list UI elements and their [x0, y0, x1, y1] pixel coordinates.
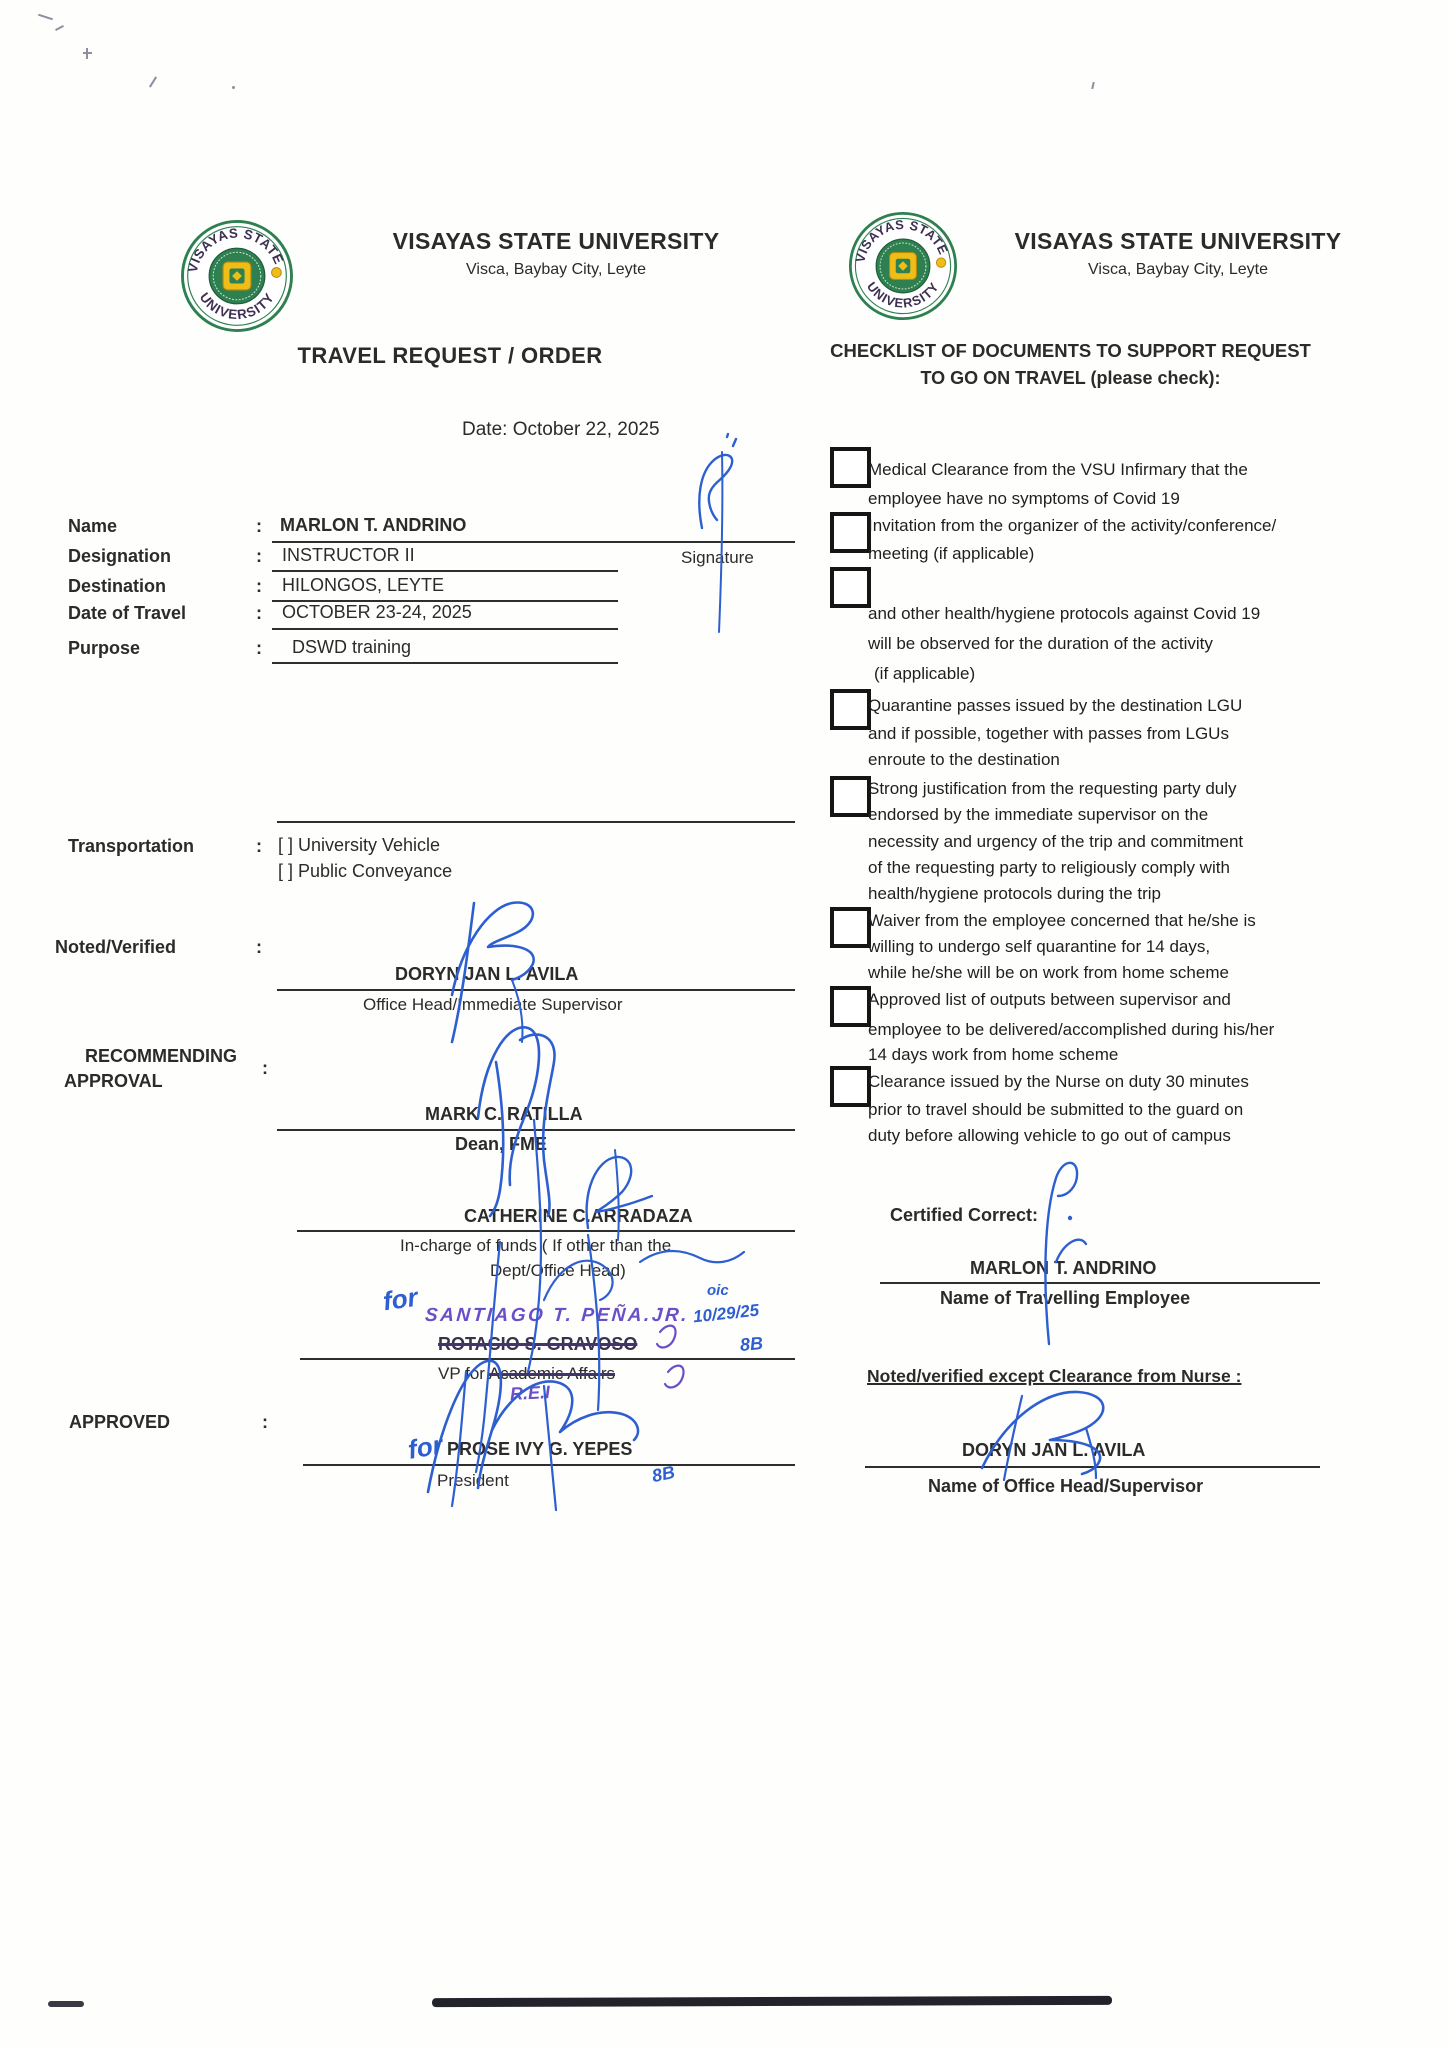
speck [232, 86, 235, 89]
vp-title-struck: Academic Affairs [489, 1364, 615, 1383]
colon: : [256, 546, 262, 567]
checklist-line: health/hygiene protocols during the trip [868, 884, 1161, 904]
signature-line [865, 1466, 1320, 1468]
checklist-line: (if applicable) [874, 664, 975, 684]
checklist-line: Clearance issued by the Nurse on duty 30… [868, 1072, 1249, 1092]
checklist-line: 14 days work from home scheme [868, 1045, 1118, 1065]
checklist-line: willing to undergo self quarantine for 1… [868, 937, 1210, 957]
checklist-line: Medical Clearance from the VSU Infirmary… [868, 460, 1248, 480]
funds-title-line1: In-charge of funds ( If other than the [400, 1236, 671, 1256]
checklist-line: employee to be delivered/accomplished du… [868, 1020, 1274, 1040]
checklist-line: and other health/hygiene protocols again… [868, 604, 1260, 624]
checklist-line: Quarantine passes issued by the destinat… [868, 696, 1242, 716]
handwritten-for: for [381, 1282, 420, 1318]
transportation-underline [277, 821, 795, 823]
noted-except-clearance-label: Noted/verified except Clearance from Nur… [867, 1366, 1241, 1387]
field-label-purpose: Purpose [68, 638, 140, 659]
president-name: PROSE IVY G. YEPES [447, 1439, 632, 1460]
travelling-employee-name: MARLON T. ANDRINO [970, 1258, 1156, 1279]
noted-verified-label: Noted/Verified [55, 937, 176, 958]
checklist-line: Waiver from the employee concerned that … [868, 911, 1256, 931]
field-value-designation: INSTRUCTOR II [282, 545, 415, 566]
field-underline [272, 570, 618, 572]
signature-line [300, 1358, 795, 1360]
signature-line [297, 1230, 795, 1232]
checklist-line: necessity and urgency of the trip and co… [868, 832, 1243, 852]
checklist-checkbox-2[interactable] [830, 512, 871, 553]
university-seal-logo: VISAYAS STATE UNIVERSITY [843, 210, 963, 322]
dean-name: MARK C. RATILLA [425, 1104, 583, 1125]
field-underline [272, 628, 618, 630]
field-value-purpose: DSWD training [292, 637, 411, 658]
colon: : [256, 937, 262, 958]
checklist-checkbox-5[interactable] [830, 776, 871, 817]
vp-title: VP for Academic Affairs [438, 1364, 615, 1384]
checklist-line: and if possible, together with passes fr… [868, 724, 1229, 744]
checklist-checkbox-6[interactable] [830, 907, 871, 948]
stamped-name-santiago-pena: SANTIAGO T. PEÑA.JR. [424, 1305, 689, 1327]
recommending-label-line1: RECOMMENDING [85, 1046, 237, 1067]
university-seal-logo: VISAYAS STATE UNIVERSITY [175, 218, 299, 334]
signature-line [880, 1282, 1320, 1284]
field-value-destination: HILONGOS, LEYTE [282, 575, 444, 596]
scan-edge-bar [432, 1996, 1112, 2007]
checklist-line: Strong justification from the requesting… [868, 779, 1237, 799]
checklist-checkbox-1[interactable] [830, 447, 871, 488]
pencil-mark [83, 52, 92, 54]
field-value-date-of-travel: OCTOBER 23-24, 2025 [282, 602, 472, 623]
signature-line [277, 989, 795, 991]
violet-mark-ink [657, 1326, 684, 1388]
left-university-address: Visca, Baybay City, Leyte [360, 261, 752, 279]
handwritten-for: for [406, 1429, 446, 1466]
pencil-mark [55, 25, 64, 31]
funds-title-line2: Dept/Office Head) [490, 1261, 626, 1281]
checklist-checkbox-3[interactable] [830, 567, 871, 608]
recommending-label-line2: APPROVAL [64, 1071, 163, 1092]
checklist-line: Invitation from the organizer of the act… [868, 516, 1276, 536]
vp-name-struck: ROTACIO S. GRAVOSO [438, 1334, 637, 1355]
colon: : [256, 638, 262, 659]
handwritten-oic: oic [707, 1282, 729, 1299]
handwritten-initials: 8B [650, 1462, 677, 1487]
colon: : [256, 836, 262, 857]
certified-correct-label: Certified Correct: [890, 1205, 1038, 1226]
field-underline [272, 662, 618, 664]
checklist-line: meeting (if applicable) [868, 544, 1034, 564]
field-underline [272, 541, 795, 543]
field-label-name: Name [68, 516, 117, 537]
employee-signature-ink [699, 434, 736, 632]
checklist-line: duty before allowing vehicle to go out o… [868, 1126, 1231, 1146]
approved-label: APPROVED [69, 1412, 170, 1433]
dean-title: Dean, FME [455, 1134, 547, 1155]
checklist-line: endorsed by the immediate supervisor on … [868, 805, 1208, 825]
handwritten-date: 10/29/25 [692, 1301, 760, 1328]
checklist-title-line1: CHECKLIST OF DOCUMENTS TO SUPPORT REQUES… [818, 340, 1323, 362]
right-university-address: Visca, Baybay City, Leyte [990, 261, 1366, 279]
checklist-line: of the requesting party to religiously c… [868, 858, 1230, 878]
speck [1091, 82, 1094, 89]
checklist-line: prior to travel should be submitted to t… [868, 1100, 1243, 1120]
colon: : [256, 603, 262, 624]
checklist-title-line2: TO GO ON TRAVEL (please check): [818, 368, 1323, 389]
form-title: TRAVEL REQUEST / ORDER [250, 343, 650, 369]
field-label-date-of-travel: Date of Travel [68, 603, 186, 624]
colon: : [262, 1058, 268, 1079]
checklist-line: enroute to the destination [868, 750, 1060, 770]
pencil-mark [38, 14, 53, 21]
vp-title-prefix: VP for [438, 1364, 485, 1383]
checklist-checkbox-8[interactable] [830, 1066, 871, 1107]
date-line: Date: October 22, 2025 [462, 419, 660, 441]
right-university-title: VISAYAS STATE UNIVERSITY [990, 228, 1366, 255]
signature-label: Signature [681, 548, 754, 568]
colon: : [256, 576, 262, 597]
president-title: President [437, 1471, 509, 1491]
noted-verified-title: Office Head/Immediate Supervisor [363, 995, 623, 1015]
scan-edge-bar-small [48, 2001, 84, 2007]
transport-option-public-conveyance: [ ] Public Conveyance [278, 861, 452, 882]
noted-verified-name: DORYN JAN L. AVILA [395, 964, 578, 985]
transportation-label: Transportation [68, 836, 194, 857]
colon: : [256, 516, 262, 537]
funds-name: CATHERINE C.ARRADAZA [464, 1206, 693, 1227]
signature-line [277, 1129, 795, 1131]
field-label-destination: Destination [68, 576, 166, 597]
checklist-checkbox-4[interactable] [830, 689, 871, 730]
field-label-designation: Designation [68, 546, 171, 567]
pencil-mark [149, 76, 157, 87]
checklist-line: will be observed for the duration of the… [868, 634, 1213, 654]
checklist-line: employee have no symptoms of Covid 19 [868, 489, 1180, 509]
checklist-line: while he/she will be on work from home s… [868, 963, 1229, 983]
transport-option-university-vehicle: [ ] University Vehicle [278, 835, 440, 856]
handwritten-initials: 8B [739, 1333, 764, 1356]
office-head-supervisor-title: Name of Office Head/Supervisor [928, 1476, 1203, 1497]
handwritten-rei: R.E.I [509, 1382, 550, 1405]
travelling-employee-title: Name of Travelling Employee [940, 1288, 1190, 1309]
signature-line [303, 1464, 795, 1466]
checklist-checkbox-7[interactable] [830, 986, 871, 1027]
office-head-supervisor-name: DORYN JAN L. AVILA [962, 1440, 1145, 1461]
field-value-name: MARLON T. ANDRINO [280, 515, 466, 536]
left-university-title: VISAYAS STATE UNIVERSITY [360, 228, 752, 255]
colon: : [262, 1412, 268, 1433]
andrino-signature-ink [1045, 1163, 1086, 1344]
checklist-line: Approved list of outputs between supervi… [868, 990, 1231, 1010]
scanned-travel-request-form: VISAYAS STATE UNIVERSITY VISAYAS STATE U… [0, 0, 1449, 2048]
